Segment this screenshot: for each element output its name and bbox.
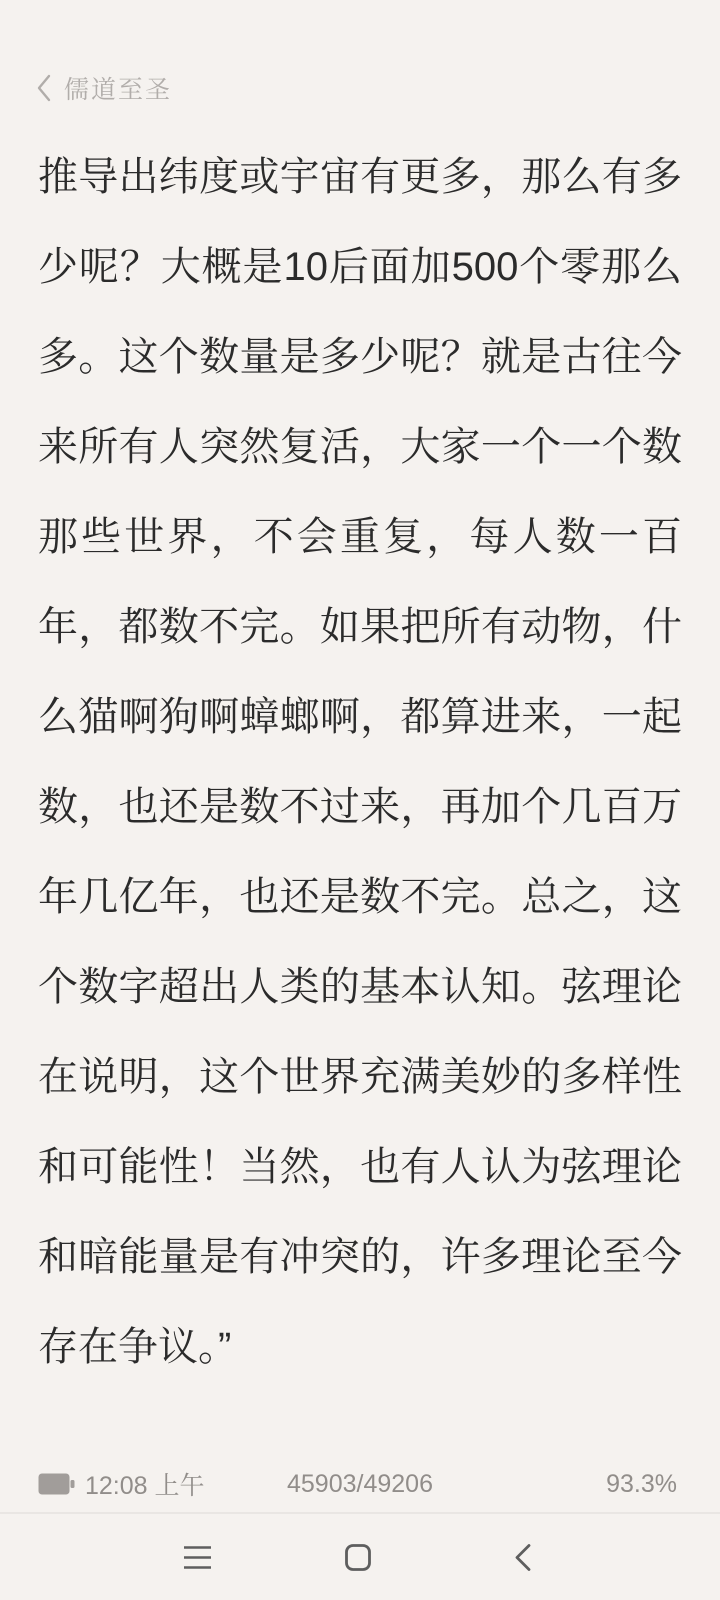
- reader-content[interactable]: 推导出纬度或宇宙有更多，那么有多 少呢？大概是10后面加500个零那么 多。这个…: [38, 132, 682, 1392]
- text-line: 和可能性！当然，也有人认为弦理论: [38, 1122, 682, 1212]
- text-line: 推导出纬度或宇宙有更多，那么有多: [38, 132, 682, 222]
- home-button[interactable]: [323, 1522, 393, 1592]
- back-button[interactable]: [488, 1522, 558, 1592]
- reader-page: 儒道至圣 推导出纬度或宇宙有更多，那么有多 少呢？大概是10后面加500个零那么…: [0, 0, 720, 1600]
- text-line: 么猫啊狗啊蟑螂啊，都算进来，一起: [38, 672, 682, 762]
- text-line: 和暗能量是有冲突的，许多理论至今: [38, 1212, 682, 1302]
- menu-button[interactable]: [162, 1522, 232, 1592]
- chevron-left-icon: [515, 1544, 531, 1571]
- back-icon[interactable]: [36, 74, 52, 102]
- text-line: 来所有人突然复活，大家一个一个数: [38, 402, 682, 492]
- chevron-left-icon: [36, 74, 52, 102]
- text-line: 年几亿年，也还是数不完。总之，这: [38, 852, 682, 942]
- text-line: 数，也还是数不过来，再加个几百万: [38, 762, 682, 852]
- text-line: 个数字超出人类的基本认知。弦理论: [38, 942, 682, 1032]
- status-progress: 93.3%: [606, 1460, 677, 1508]
- navbar-divider: [0, 1512, 720, 1514]
- reader-status-bar: 12:08 上午 45903/49206 93.3%: [0, 1460, 720, 1508]
- text-line: 存在争议。”: [38, 1302, 682, 1392]
- reader-header: 儒道至圣: [36, 70, 172, 106]
- text-line: 少呢？大概是10后面加500个零那么: [38, 222, 682, 312]
- text-line: 多。这个数量是多少呢？就是古往今: [38, 312, 682, 402]
- text-line: 在说明，这个世界充满美妙的多样性: [38, 1032, 682, 1122]
- hamburger-menu-icon: [184, 1546, 211, 1569]
- text-line: 那些世界，不会重复，每人数一百: [38, 492, 682, 582]
- text-line: 年，都数不完。如果把所有动物，什: [38, 582, 682, 672]
- book-title: 儒道至圣: [64, 70, 172, 106]
- home-square-icon: [345, 1544, 371, 1571]
